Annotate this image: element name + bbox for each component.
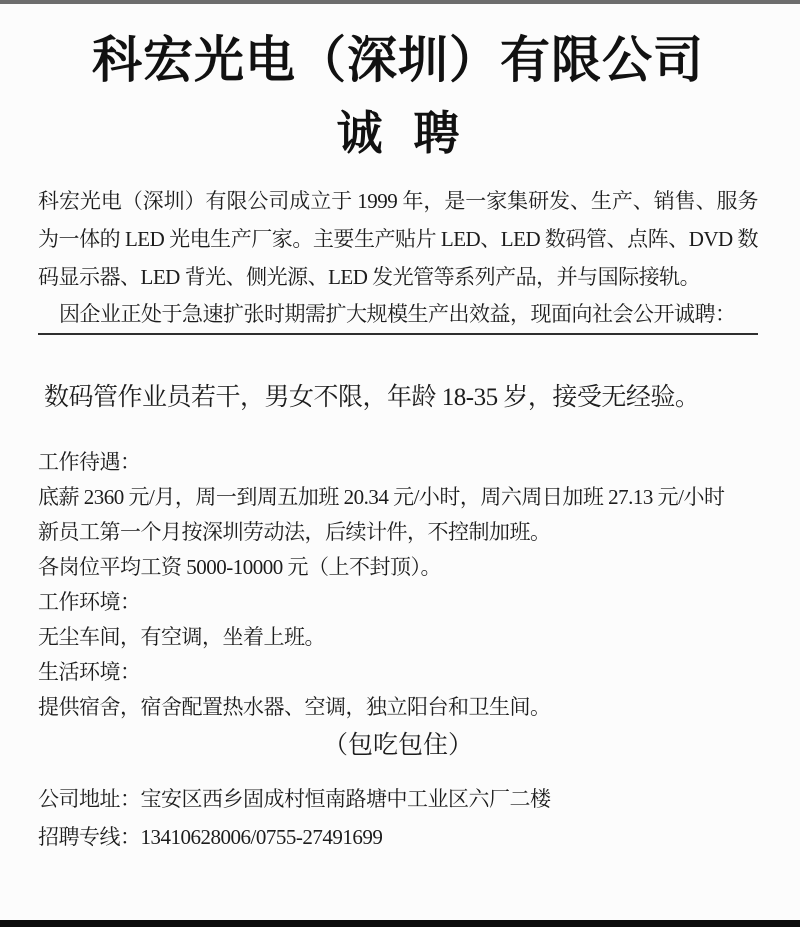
detail-sections: 工作待遇： 底薪 2360 元/月，周一到周五加班 20.34 元/小时，周六周… [38,445,758,725]
salary-line: 底薪 2360 元/月，周一到周五加班 20.34 元/小时，周六周日加班 27… [38,480,758,515]
position-summary-line: 数码管作业员若干，男女不限，年龄 18-35 岁，接受无经验。 [44,379,758,417]
section-heading-living-environment: 生活环境： [38,655,758,690]
dormitory-line: 提供宿舍，宿舍配置热水器、空调，独立阳台和卫生间。 [38,690,758,725]
hiring-notice-underlined: 因企业正处于急速扩张时期需扩大规模生产出效益，现面向社会公开诚聘： [38,296,758,335]
work-environment-line: 无尘车间，有空调，坐着上班。 [38,620,758,655]
flyer-footer: 公司地址：宝安区西乡固成村恒南路塘中工业区六厂二楼 招聘专线：134106280… [38,780,758,856]
top-border-bar [0,0,800,4]
hotline-value: 13410628006/0755-27491699 [141,825,383,849]
address-label: 公司地址： [38,787,141,811]
probation-line: 新员工第一个月按深圳劳动法，后续计件，不控制加班。 [38,515,758,550]
section-heading-work-environment: 工作环境： [38,585,758,620]
room-and-board-note: （包吃包住） [38,728,758,764]
company-title: 科宏光电（深圳）有限公司 [38,30,758,90]
company-address-line: 公司地址：宝安区西乡固成村恒南路塘中工业区六厂二楼 [38,780,758,818]
hotline-label: 招聘专线： [38,825,141,849]
bottom-border-bar [0,920,800,927]
company-intro-paragraph: 科宏光电（深圳）有限公司成立于 1999 年，是一家集研发、生产、销售、服务为一… [38,182,758,296]
flyer-title: 诚 聘 [38,106,758,160]
recruitment-flyer: 科宏光电（深圳）有限公司 诚 聘 科宏光电（深圳）有限公司成立于 1999 年，… [0,30,800,856]
address-value: 宝安区西乡固成村恒南路塘中工业区六厂二楼 [141,787,551,811]
hotline-line: 招聘专线：13410628006/0755-27491699 [38,818,758,856]
average-wage-line: 各岗位平均工资 5000-10000 元（上不封顶）。 [38,550,758,585]
section-heading-benefits: 工作待遇： [38,445,758,480]
